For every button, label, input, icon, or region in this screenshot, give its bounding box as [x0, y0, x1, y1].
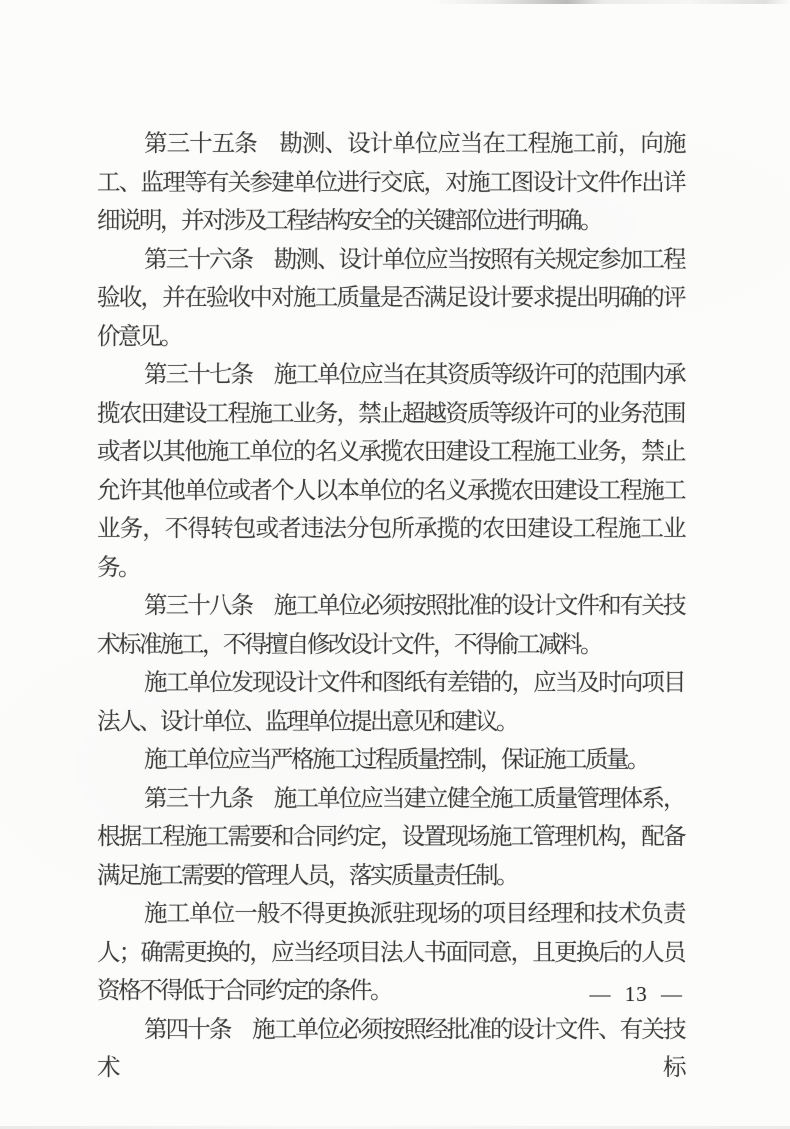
paragraph-1: 第三十五条 勘测、设计单位应当在工程施工前，向施工、监理等有关参建单位进行交底，…	[97, 125, 684, 241]
page-number: — 13 —	[590, 982, 684, 1006]
paragraph-2: 第三十六条 勘测、设计单位应当按照有关规定参加工程验收，并在验收中对施工质量是否…	[97, 241, 684, 357]
paragraph-9: 第四十条 施工单位必须按照经批准的设计文件、有关技术标	[97, 1011, 684, 1088]
paragraph-6: 施工单位应当严格施工过程质量控制，保证施工质量。	[97, 741, 684, 780]
scanned-document-page: 第三十五条 勘测、设计单位应当在工程施工前，向施工、监理等有关参建单位进行交底，…	[0, 0, 790, 1129]
paragraph-4: 第三十八条 施工单位必须按照批准的设计文件和有关技术标准施工，不得擅自修改设计文…	[97, 587, 684, 664]
document-body: 第三十五条 勘测、设计单位应当在工程施工前，向施工、监理等有关参建单位进行交底，…	[97, 125, 684, 1088]
paragraph-5: 施工单位发现设计文件和图纸有差错的，应当及时向项目法人、设计单位、监理单位提出意…	[97, 664, 684, 741]
paragraph-7: 第三十九条 施工单位应当建立健全施工质量管理体系，根据工程施工需要和合同约定，设…	[97, 780, 684, 896]
paragraph-3: 第三十七条 施工单位应当在其资质等级许可的范围内承揽农田建设工程施工业务，禁止超…	[97, 356, 684, 587]
scan-artifact-top	[430, 0, 790, 4]
